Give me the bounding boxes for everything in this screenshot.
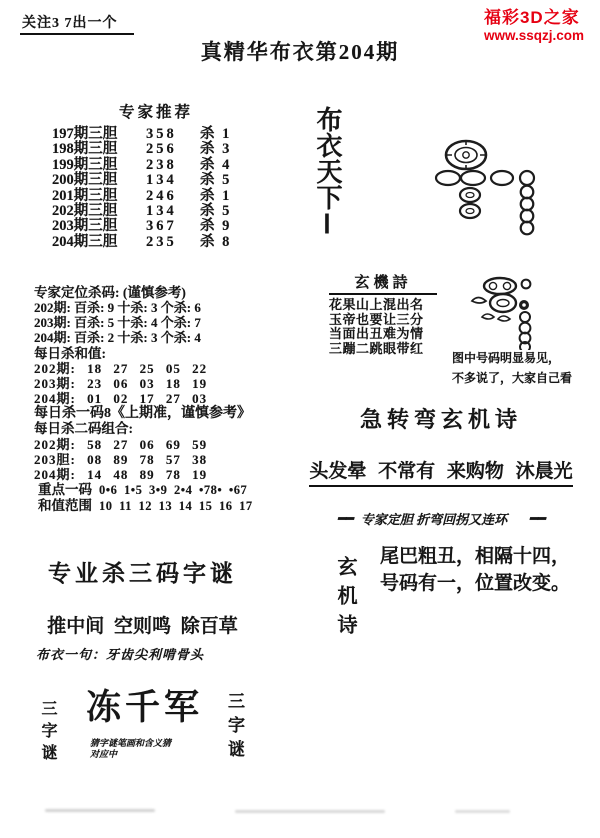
expert-recommend-section: 专家推荐 197期三胆358杀 1 198期三胆256杀 3 199期三胆238…: [52, 100, 260, 250]
sum-range-label: 和值范围: [38, 498, 92, 513]
row-period: 199期三胆: [52, 158, 146, 173]
site-brand-name: 福彩3D之家: [484, 8, 584, 28]
row-dan: 238: [146, 158, 200, 173]
row-kill: 杀 1: [200, 189, 231, 204]
two-code-row: 204期: 14 48 89 78 19: [34, 467, 304, 482]
buyi-sheet-page: 关注3 7出一个 福彩3D之家 www.ssqzj.com 真精华布衣第204期…: [0, 0, 600, 838]
coin-diagram-small-icon: [470, 276, 544, 350]
row-dan: 134: [146, 204, 200, 219]
sum-kill-row: 204期: 01 02 17 27 03: [34, 391, 304, 406]
row-kill: 杀 4: [200, 158, 231, 173]
poem-line: 玉帝也要让三分: [329, 313, 437, 328]
two-code-row: 203胆: 08 89 78 57 38: [34, 452, 304, 467]
expert-row: 200期三胆134杀 5: [52, 173, 260, 188]
three-char-label-right: 三字谜: [222, 692, 247, 772]
expert-recommend-title: 专家推荐: [52, 100, 260, 122]
row-dan: 134: [146, 173, 200, 188]
poem-line: 花果山上混出名: [329, 298, 437, 313]
tail-poem-line: 尾巴粗丑，相隔十四，: [380, 543, 570, 570]
row-kill: 杀 9: [200, 219, 231, 234]
sharp-turn-note-text: 专家定胆 折弯回拐又连环: [361, 509, 507, 528]
sum-kill-row: 203期: 23 06 03 18 19: [34, 376, 304, 391]
position-kill-row: 204期: 百杀: 2 十杀: 3 个杀: 4: [34, 330, 304, 345]
expert-row: 198期三胆256杀 3: [52, 142, 260, 157]
key-one-label: 重点一码: [38, 482, 92, 497]
key-one-row: 重点一码 0•6 1•5 3•9 2•4 •78• •67: [34, 482, 304, 498]
row-kill: 杀 8: [200, 235, 231, 250]
mystery-poem-title: 玄機詩: [329, 271, 437, 295]
expert-row: 203期三胆367杀 9: [52, 219, 260, 234]
coin-diagram-large-icon: [428, 136, 548, 236]
row-period: 200期三胆: [52, 173, 146, 188]
row-dan: 256: [146, 142, 200, 157]
row-dan: 246: [146, 189, 200, 204]
row-period: 201期三胆: [52, 189, 146, 204]
position-kill-title: 专家定位杀码: (谨慎参考): [34, 285, 304, 300]
sharp-turn-riddle-text: 头发晕 不常有 来购物 沐晨光: [309, 461, 572, 487]
sum-kill-row: 202期: 18 27 25 05 22: [34, 361, 304, 376]
kill-three-riddle: 推中间 空则鸣 除百草: [25, 611, 260, 638]
mystery-poem-box: 玄機詩 花果山上混出名 玉帝也要让三分 当面出丑难为情 三蹦二跳眼带红: [329, 271, 437, 356]
position-kill-row: 202期: 百杀: 9 十杀: 3 个杀: 6: [34, 300, 304, 315]
one-code-line: 每日杀一码8《上期准，谨慎参考》: [34, 406, 304, 421]
position-kill-section: 专家定位杀码: (谨慎参考) 202期: 百杀: 9 十杀: 3 个杀: 6 2…: [34, 285, 304, 514]
scan-artifact-line: [455, 810, 510, 813]
sharp-turn-note: ━━ 专家定胆 折弯回拐又连环 ━━: [298, 509, 584, 528]
scan-artifact-line: [235, 810, 385, 813]
row-dan: 367: [146, 219, 200, 234]
poem-line: 当面出丑难为情: [329, 327, 437, 342]
row-period: 203期三胆: [52, 219, 146, 234]
expert-row: 204期三胆235杀 8: [52, 235, 260, 250]
three-char-note: 猜字谜笔画和含义猜 对应中: [90, 738, 171, 760]
sharp-turn-riddle: 头发晕 不常有 来购物 沐晨光: [298, 456, 584, 483]
diagram-caption-line: 图中号码明显易见，: [452, 349, 600, 369]
row-kill: 杀 5: [200, 173, 231, 188]
row-kill: 杀 3: [200, 142, 231, 157]
sum-range-row: 和值范围 10 11 12 13 14 15 16 17: [34, 498, 304, 514]
kill-three-title: 专业杀三码字谜: [25, 555, 260, 588]
sum-range-value: 10 11 12 13 14 15 16 17: [99, 499, 253, 514]
row-period: 198期三胆: [52, 142, 146, 157]
sharp-turn-title: 急转弯玄机诗: [300, 403, 582, 434]
row-period: 204期三胆: [52, 235, 146, 250]
tail-poem-lines: 尾巴粗丑，相隔十四， 号码有一，位置改变。: [380, 543, 570, 597]
diagram-caption: 图中号码明显易见， 不多说了，大家自己看: [452, 349, 600, 388]
three-char-answer: 冻千军: [86, 680, 203, 730]
buyi-tianxia-banner: 布衣天下Ⅰ: [314, 106, 340, 256]
page-title: 真精华布衣第204期: [0, 36, 600, 66]
dash-ornament: ━━: [529, 511, 545, 527]
expert-row: 199期三胆238杀 4: [52, 158, 260, 173]
expert-row: 201期三胆246杀 1: [52, 189, 260, 204]
key-one-value: 0•6 1•5 3•9 2•4 •78• •67: [99, 483, 247, 498]
position-kill-row: 203期: 百杀: 5 十杀: 4 个杀: 7: [34, 315, 304, 330]
sum-kill-title: 每日杀和值:: [34, 346, 304, 361]
poem-line: 三蹦二跳眼带红: [329, 342, 437, 357]
row-dan: 235: [146, 235, 200, 250]
three-char-note-line: 对应中: [90, 749, 171, 760]
scan-artifact-line: [45, 809, 155, 812]
tail-poem-line: 号码有一，位置改变。: [380, 570, 570, 597]
three-char-label-left: 三字谜: [36, 700, 59, 780]
diagram-caption-line: 不多说了，大家自己看: [452, 369, 600, 389]
two-code-title: 每日杀二码组合:: [34, 421, 304, 436]
focus-note: 关注3 7出一个: [20, 12, 134, 35]
tail-poem-title: 玄机诗: [331, 556, 360, 676]
row-dan: 358: [146, 127, 200, 142]
dash-ornament: ━━: [337, 511, 353, 527]
buyi-sentence: 布衣一句：牙齿尖利啃骨头: [36, 644, 204, 663]
three-char-note-line: 猜字谜笔画和含义猜: [90, 738, 171, 749]
two-code-row: 202期: 58 27 06 69 59: [34, 437, 304, 452]
